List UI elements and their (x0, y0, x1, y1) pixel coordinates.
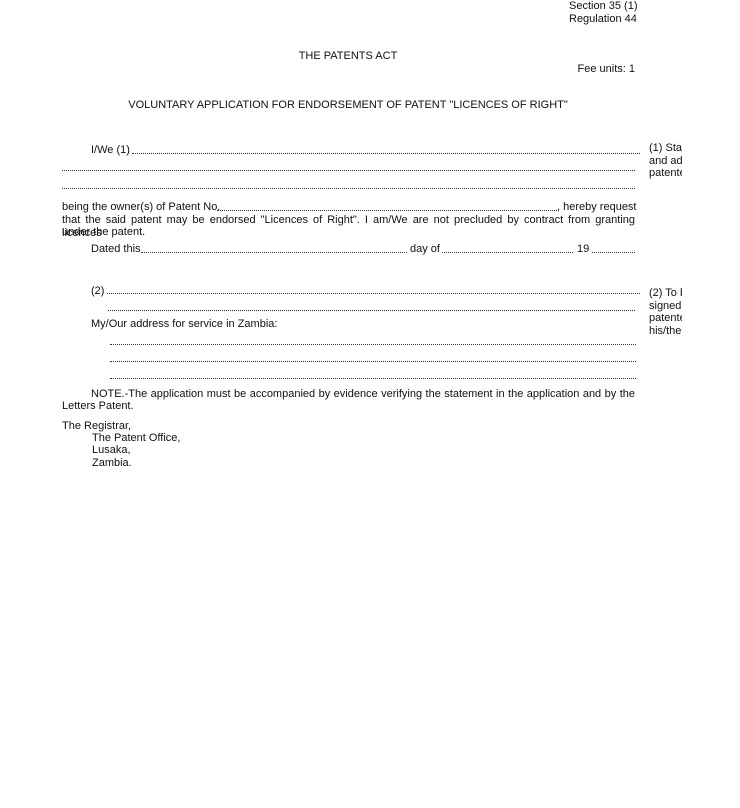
margin-note-1-line: (1) State (649, 142, 682, 155)
signature-field-line2[interactable] (108, 310, 635, 311)
margin-note-2: (2) To be signed by patentee his/their (649, 287, 682, 337)
day-of-label: day of (410, 243, 440, 256)
year-field[interactable] (592, 252, 635, 253)
addressee-line-3: Lusaka, (92, 444, 131, 457)
service-address-field-line3[interactable] (110, 378, 636, 379)
service-address-field-line2[interactable] (110, 361, 636, 362)
section-reference: Section 35 (1) (569, 0, 637, 13)
dated-label: Dated this (91, 243, 141, 256)
applicant-name-field[interactable] (132, 153, 640, 154)
margin-note-2-line: signed by (649, 300, 682, 313)
margin-note-1-line: patentee (649, 167, 682, 180)
owner-prefix: being the owner(s) of Patent No. (62, 201, 220, 214)
request-text-line2: that the said patent may be endorsed "Li… (62, 214, 635, 239)
note-text: NOTE.-The application must be accompanie… (91, 388, 635, 401)
year-prefix: 19 (577, 243, 589, 256)
service-address-label: My/Our address for service in Zambia: (91, 318, 277, 331)
regulation-reference: Regulation 44 (569, 13, 637, 26)
month-field[interactable] (442, 252, 573, 253)
fee-units: Fee units: 1 (578, 63, 635, 76)
margin-note-1: (1) State and address patentee (649, 142, 682, 180)
signature-label: (2) (91, 285, 104, 298)
applicant-address-field[interactable] (62, 188, 635, 189)
owner-suffix: , hereby request (557, 201, 637, 214)
applicant-label: I/We (1) (91, 144, 130, 157)
margin-note-2-line: his/their (649, 325, 682, 338)
request-text-line3: under the patent. (62, 226, 145, 239)
form-title: VOLUNTARY APPLICATION FOR ENDORSEMENT OF… (0, 99, 696, 112)
applicant-name-field-line2[interactable] (62, 170, 635, 171)
margin-note-2-line: (2) To be (649, 287, 682, 300)
patent-number-field[interactable] (217, 210, 557, 211)
day-field[interactable] (141, 252, 407, 253)
act-title: THE PATENTS ACT (0, 50, 696, 63)
note-text-cont: Letters Patent. (62, 400, 134, 413)
signature-field[interactable] (107, 293, 640, 294)
margin-note-2-line: patentee (649, 312, 682, 325)
margin-note-1-line: and address (649, 155, 682, 168)
service-address-field-line1[interactable] (110, 344, 636, 345)
addressee-line-4: Zambia. (92, 457, 132, 470)
